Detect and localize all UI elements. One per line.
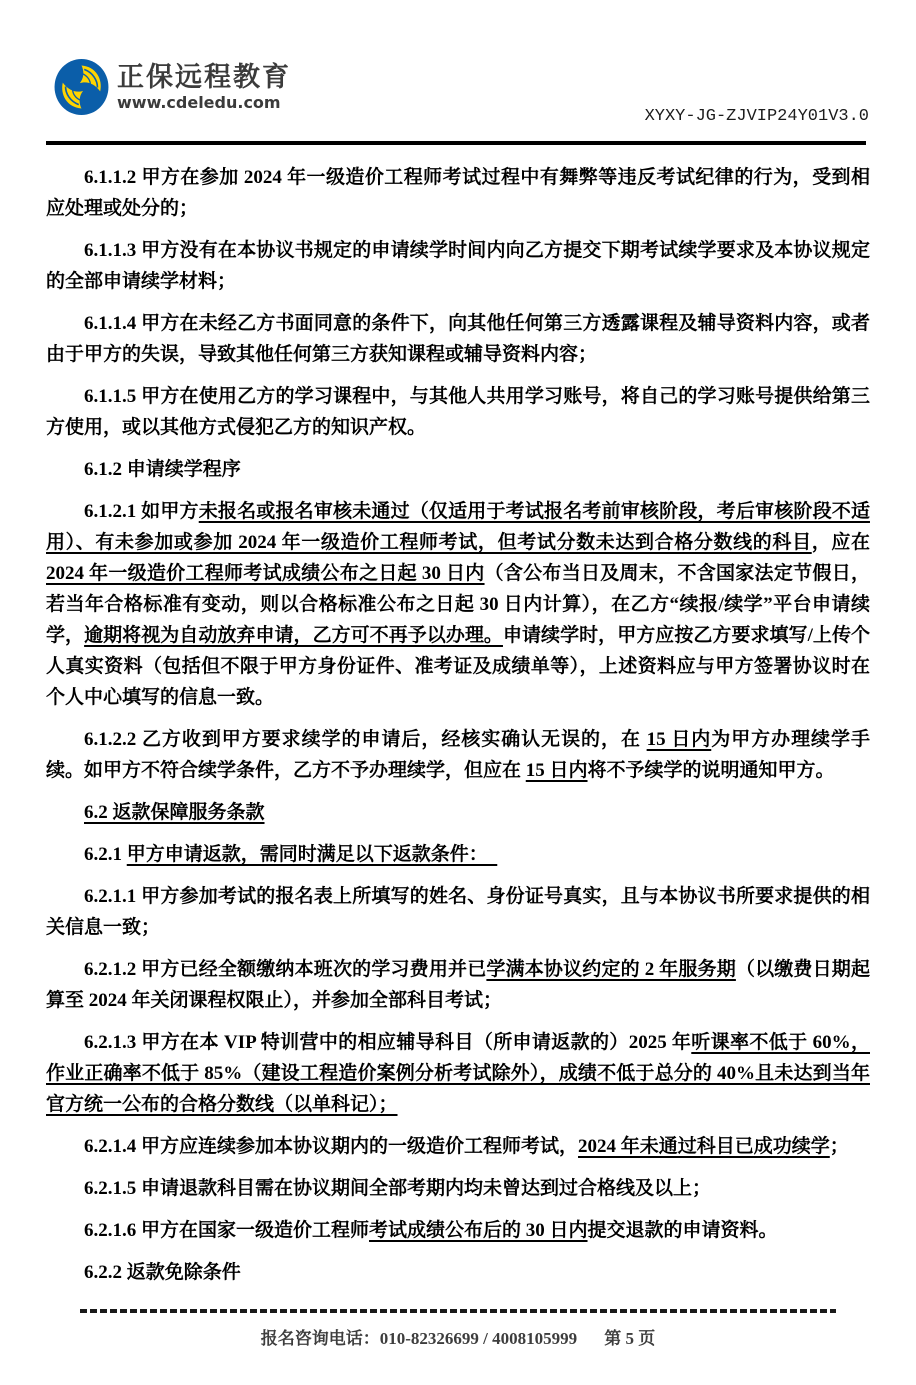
footer-phone: 报名咨询电话：010-82326699 / 4008105999 bbox=[261, 1329, 577, 1348]
paragraph: 6.2.1.1 甲方参加考试的报名表上所填写的姓名、身份证号真实，且与本协议书所… bbox=[46, 881, 870, 943]
document-code: XYXY-JG-ZJVIP24Y01V3.0 bbox=[645, 107, 869, 126]
paragraph: 6.2.1 甲方申请返款，需同时满足以下返款条件： bbox=[46, 839, 870, 870]
text-run: 6.1.2.2 乙方收到甲方要求续学的申请后，经核实确认无误的，在 bbox=[84, 729, 647, 750]
underlined-text-run: 2024 年一级造价工程师考试成绩公布之日起 30 日内 bbox=[46, 563, 485, 584]
footer-page-number: 第 5 页 bbox=[604, 1329, 655, 1348]
paragraph: 6.1.1.4 甲方在未经乙方书面同意的条件下，向其他任何第三方透露课程及辅导资… bbox=[46, 308, 870, 370]
underlined-text-run: 15 日内 bbox=[526, 760, 588, 781]
paragraph: 6.2 返款保障服务条款 bbox=[46, 797, 870, 828]
brand-logo-icon bbox=[54, 58, 109, 116]
underlined-text-run: 甲方申请返款，需同时满足以下返款条件： bbox=[127, 844, 498, 865]
brand-text: 正保远程教育 www.cdeledu.com bbox=[117, 64, 291, 111]
paragraph: 6.2.1.4 甲方应连续参加本协议期内的一级造价工程师考试，2024 年未通过… bbox=[46, 1131, 870, 1162]
text-run: 6.2.1.3 甲方在本 VIP 特训营中的相应辅导科目（所申请返款的）2025… bbox=[84, 1032, 691, 1053]
document-page: 正保远程教育 www.cdeledu.com XYXY-JG-ZJVIP24Y0… bbox=[0, 0, 916, 1385]
underlined-text-run: 2024 年未通过科目已成功续学 bbox=[578, 1136, 830, 1157]
text-run: 6.2.1.1 甲方参加考试的报名表上所填写的姓名、身份证号真实，且与本协议书所… bbox=[46, 886, 870, 938]
footer: 报名咨询电话：010-82326699 / 4008105999第 5 页 bbox=[0, 1326, 916, 1352]
text-run: 6.2.1.6 甲方在国家一级造价工程师 bbox=[84, 1220, 369, 1241]
text-run: 6.1.1.4 甲方在未经乙方书面同意的条件下，向其他任何第三方透露课程及辅导资… bbox=[46, 313, 870, 365]
paragraph: 6.2.1.3 甲方在本 VIP 特训营中的相应辅导科目（所申请返款的）2025… bbox=[46, 1027, 870, 1120]
text-run: 6.2.1.2 甲方已经全额缴纳本班次的学习费用并已 bbox=[84, 959, 486, 980]
text-run: 6.1.1.3 甲方没有在本协议书规定的申请续学时间内向乙方提交下期考试续学要求… bbox=[46, 240, 870, 292]
underlined-text-run: 考试成绩公布后的 30 日内 bbox=[369, 1220, 588, 1241]
paragraph: 6.2.1.6 甲方在国家一级造价工程师考试成绩公布后的 30 日内提交退款的申… bbox=[46, 1215, 870, 1246]
text-run: 6.1.2 申请续学程序 bbox=[84, 459, 241, 480]
paragraph: 6.2.1.5 申请退款科目需在协议期间全部考期内均未曾达到过合格线及以上； bbox=[46, 1173, 870, 1204]
text-run: 6.2.1.5 申请退款科目需在协议期间全部考期内均未曾达到过合格线及以上； bbox=[84, 1178, 711, 1199]
brand-url: www.cdeledu.com bbox=[117, 95, 291, 111]
text-run: 6.2.1.4 甲方应连续参加本协议期内的一级造价工程师考试， bbox=[84, 1136, 578, 1157]
header-divider bbox=[46, 141, 866, 145]
text-run: 6.1.2.1 如甲方 bbox=[84, 501, 199, 522]
brand-name: 正保远程教育 bbox=[117, 64, 291, 91]
document-body: 6.1.1.2 甲方在参加 2024 年一级造价工程师考试过程中有舞弊等违反考试… bbox=[46, 162, 870, 1299]
brand-header: 正保远程教育 www.cdeledu.com bbox=[54, 58, 291, 116]
paragraph: 6.2.2 返款免除条件 bbox=[46, 1257, 870, 1288]
text-run: ； bbox=[830, 1136, 849, 1157]
footer-divider bbox=[80, 1309, 836, 1313]
paragraph: 6.1.2.2 乙方收到甲方要求续学的申请后，经核实确认无误的，在 15 日内为… bbox=[46, 724, 870, 786]
text-run: ，应在 bbox=[812, 532, 870, 553]
paragraph: 6.1.2 申请续学程序 bbox=[46, 454, 870, 485]
paragraph: 6.1.1.3 甲方没有在本协议书规定的申请续学时间内向乙方提交下期考试续学要求… bbox=[46, 235, 870, 297]
text-run: 将不予续学的说明通知甲方。 bbox=[588, 760, 835, 781]
text-run: 提交退款的申请资料。 bbox=[588, 1220, 778, 1241]
paragraph: 6.1.2.1 如甲方未报名或报名审核未通过（仅适用于考试报名考前审核阶段，考后… bbox=[46, 496, 870, 713]
paragraph: 6.1.1.2 甲方在参加 2024 年一级造价工程师考试过程中有舞弊等违反考试… bbox=[46, 162, 870, 224]
underlined-text-run: 学满本协议约定的 2 年服务期 bbox=[486, 959, 736, 980]
underlined-text-run: 15 日内 bbox=[647, 729, 712, 750]
text-run: 6.1.1.2 甲方在参加 2024 年一级造价工程师考试过程中有舞弊等违反考试… bbox=[46, 167, 870, 219]
paragraph: 6.1.1.5 甲方在使用乙方的学习课程中，与其他人共用学习账号，将自己的学习账… bbox=[46, 381, 870, 443]
text-run: 6.2.2 返款免除条件 bbox=[84, 1262, 241, 1283]
paragraph: 6.2.1.2 甲方已经全额缴纳本班次的学习费用并已学满本协议约定的 2 年服务… bbox=[46, 954, 870, 1016]
text-run: 6.1.1.5 甲方在使用乙方的学习课程中，与其他人共用学习账号，将自己的学习账… bbox=[46, 386, 870, 438]
text-run: 6.2.1 bbox=[84, 844, 127, 865]
underlined-text-run: 6.2 返款保障服务条款 bbox=[84, 802, 265, 823]
underlined-text-run: 逾期将视为自动放弃申请，乙方可不再予以办理。 bbox=[84, 625, 503, 646]
